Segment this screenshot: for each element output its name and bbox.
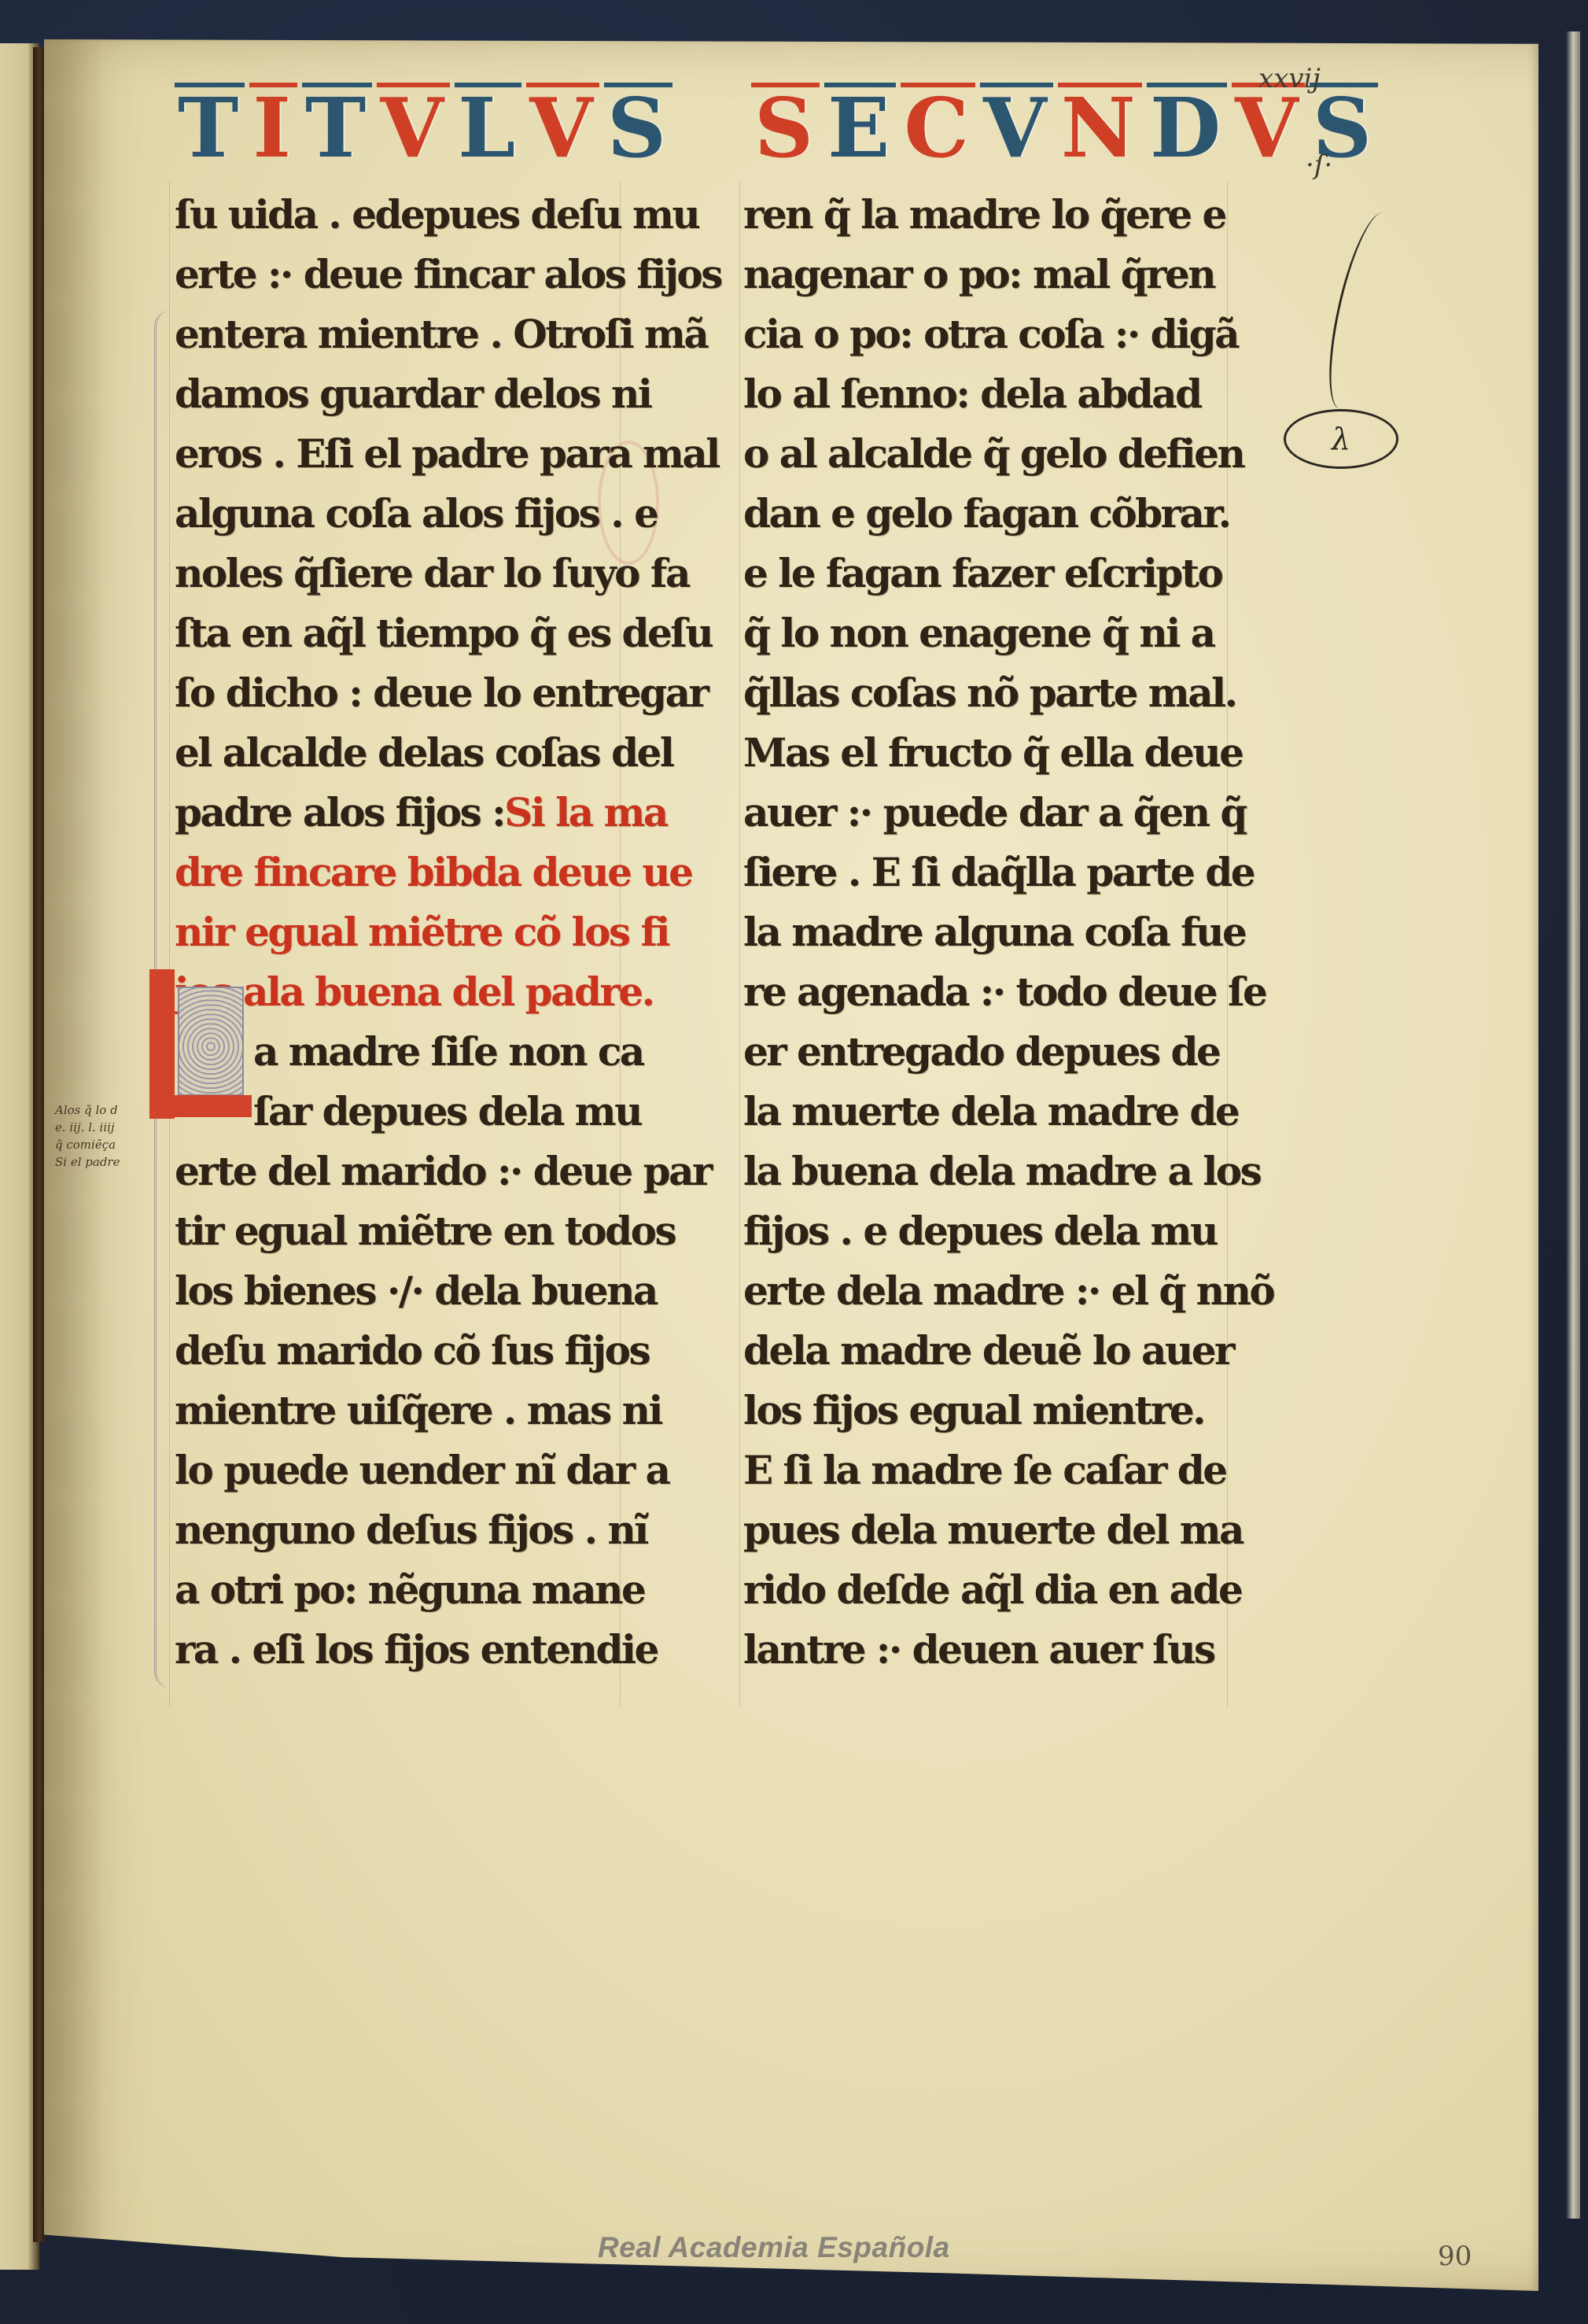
text-line: ra . eſi los fijos entendie: [175, 1620, 654, 1680]
text-line-content: la buena dela madre a los: [743, 1148, 1260, 1194]
text-line: damos guardar delos ni: [175, 364, 654, 424]
text-line-content: auer :· puede dar a q̃en q̃: [743, 789, 1246, 836]
margin-note-numeral: xxvij: [1258, 63, 1384, 94]
running-head-letter: V: [980, 83, 1053, 169]
text-line: entera mientre . Otroſi mã: [175, 304, 654, 364]
running-head-letter: L: [455, 83, 521, 169]
text-line-content: los fijos egual mientre.: [743, 1387, 1204, 1433]
text-line: lo al ſenno: dela abdad: [743, 364, 1247, 424]
text-line-content: nagenar o po: mal q̃ren: [743, 251, 1214, 297]
text-line-content: la muerte dela madre de: [743, 1088, 1238, 1134]
text-line: dela madre deuẽ lo auer: [743, 1321, 1247, 1381]
margin-note-mark: ·ſ·: [1306, 149, 1384, 181]
text-line-content: jos ala buena del padre.: [175, 968, 654, 1015]
text-line-content: ſar depues dela mu: [253, 1088, 641, 1134]
text-line: mientre uiſq̃ere . mas ni: [175, 1381, 654, 1441]
text-line: rido deſde aq̃l dia en ade: [743, 1560, 1247, 1620]
text-line-content: deſu marido cõ ſus fijos: [175, 1327, 649, 1374]
text-line-content: noles q̃ſiere dar lo ſuyo fa: [175, 550, 689, 596]
text-line-content: q̃ lo non enagene q̃ ni a: [743, 610, 1214, 656]
text-line-content: damos guardar delos ni: [175, 371, 650, 417]
text-line: la madre alguna coſa fue: [743, 902, 1247, 962]
text-line: er entregado depues de: [743, 1022, 1247, 1082]
running-head-letter: E: [824, 83, 896, 169]
text-line-content: el alcalde delas coſas del: [175, 729, 672, 776]
text-line: erte del marido :· deue par: [175, 1142, 654, 1201]
text-line: ren q̃ la madre lo q̃ere e: [743, 185, 1247, 245]
text-line-content: eros . Eſi el padre para mal: [175, 430, 719, 477]
text-line-content: ren q̃ la madre lo q̃ere e: [743, 191, 1225, 238]
initial-filigree-box: [178, 987, 244, 1096]
text-line-content: erte dela madre :· el q̃ nnõ: [743, 1267, 1273, 1314]
text-line-content: dan e gelo fagan cõbrar.: [743, 490, 1230, 537]
ruling-right-outer: [739, 181, 740, 1707]
text-line-content: E ſi la madre ſe caſar de: [743, 1447, 1226, 1493]
text-line-content: fijos . e depues dela mu: [743, 1208, 1217, 1254]
text-line-content: rido deſde aq̃l dia en ade: [743, 1566, 1241, 1613]
text-line-content: a madre ſiſe non ca: [253, 1028, 643, 1075]
text-line: e le fagan fazer eſcripto: [743, 544, 1247, 603]
text-line-content: erte del marido :· deue par: [175, 1148, 711, 1194]
initial-foot: [149, 1095, 252, 1117]
text-line-content: ſo dicho : deue lo entregar: [175, 670, 707, 716]
text-line: dan e gelo fagan cõbrar.: [743, 484, 1247, 544]
text-line-content: ra . eſi los fijos entendie: [175, 1626, 658, 1673]
text-line: nagenar o po: mal q̃ren: [743, 245, 1247, 304]
text-line-content: entera mientre . Otroſi mã: [175, 311, 707, 357]
text-line-content: ſta en aq̃l tiempo q̃ es deſu: [175, 610, 712, 656]
page-fore-edge: [1566, 31, 1580, 2219]
text-line-content: pues dela muerte del ma: [743, 1507, 1243, 1553]
margin-note-left: Alos q̃ lo d e. iij. l. iiij q̃ comiẽça …: [55, 1101, 142, 1171]
margin-note-line: Alos q̃ lo d: [55, 1101, 142, 1119]
text-line: el alcalde delas coſas del: [175, 723, 654, 783]
text-line: alguna coſa alos fijos . e: [175, 484, 654, 544]
text-line-content: dela madre deuẽ lo auer: [743, 1327, 1233, 1374]
text-line: E ſi la madre ſe caſar de: [743, 1441, 1247, 1500]
text-line: jos ala buena del padre.: [175, 962, 654, 1022]
text-line-content: ſiere . E ſi daq̃lla parte de: [743, 849, 1254, 895]
text-line: ſu uida . edepues deſu mu: [175, 185, 654, 245]
text-line-content: los bienes ·/· dela buena: [175, 1267, 657, 1314]
running-head-letter: T: [175, 83, 245, 169]
text-line-content: nenguno deſus fijos . nĩ: [175, 1507, 647, 1553]
text-line: dre fincare bibda deue ue: [175, 843, 654, 902]
text-line: ſta en aq̃l tiempo q̃ es deſu: [175, 603, 654, 663]
text-line-content: lo al ſenno: dela abdad: [743, 371, 1201, 417]
running-head-left: TITVLVS: [175, 79, 672, 169]
text-line: eros . Eſi el padre para mal: [175, 424, 654, 484]
text-line: Mas el fructo q̃ ella deue: [743, 723, 1247, 783]
watermark: Real Academia Española: [598, 2231, 950, 2264]
text-line-content: q̃llas coſas nõ parte mal.: [743, 670, 1236, 716]
text-line: a otri po: nẽguna mane: [175, 1560, 654, 1620]
running-head-letter: V: [377, 83, 450, 169]
text-line-content: la madre alguna coſa fue: [743, 909, 1245, 955]
text-line: o al alcalde q̃ gelo defien: [743, 424, 1247, 484]
text-line: los bienes ·/· dela buena: [175, 1261, 654, 1321]
illuminated-initial-L: [149, 969, 244, 1127]
rubric-text: Si la ma: [504, 789, 667, 836]
text-line-content: a otri po: nẽguna mane: [175, 1566, 644, 1613]
text-line: deſu marido cõ ſus fijos: [175, 1321, 654, 1381]
text-line: re agenada :· todo deue ſe: [743, 962, 1247, 1022]
running-head-letter: T: [302, 83, 372, 169]
text-line-content: re agenada :· todo deue ſe: [743, 968, 1266, 1015]
binding-gutter: [33, 47, 46, 2242]
text-line-content: mientre uiſq̃ere . mas ni: [175, 1387, 661, 1433]
circled-margin-mark: λ: [1284, 409, 1398, 469]
text-line-content: lantre :· deuen auer ſus: [743, 1626, 1214, 1673]
text-line: lantre :· deuen auer ſus: [743, 1620, 1247, 1680]
text-line: ſo dicho : deue lo entregar: [175, 663, 654, 723]
running-head-letter: I: [249, 83, 297, 169]
text-line-content: erte :· deue fincar alos fijos: [175, 251, 721, 297]
margin-note-top-right: xxvij ·ſ·: [1258, 63, 1384, 181]
text-line: auer :· puede dar a q̃en q̃: [743, 783, 1247, 843]
text-line: fijos . e depues dela mu: [743, 1201, 1247, 1261]
text-line: q̃ lo non enagene q̃ ni a: [743, 603, 1247, 663]
text-line-content: tir egual miẽtre en todos: [175, 1208, 675, 1254]
text-line: noles q̃ſiere dar lo ſuyo fa: [175, 544, 654, 603]
running-head-letter: N: [1058, 83, 1142, 169]
circled-mark-glyph: λ: [1332, 422, 1350, 456]
text-column-left: ſu uida . edepues deſu muerte :· deue fi…: [175, 185, 654, 1680]
text-line: nir egual miẽtre cõ los fi: [175, 902, 654, 962]
running-head-letter: S: [751, 83, 820, 169]
text-line: a madre ſiſe non ca: [175, 1022, 654, 1082]
margin-note-line: q̃ comiẽça: [55, 1136, 142, 1153]
running-head-letter: C: [901, 83, 975, 169]
text-line-content: o al alcalde q̃ gelo defien: [743, 430, 1244, 477]
text-line: los fijos egual mientre.: [743, 1381, 1247, 1441]
margin-note-line: e. iij. l. iiij: [55, 1119, 142, 1136]
text-line: padre alos fijos :Si la ma: [175, 783, 654, 843]
running-head-letter: V: [526, 83, 599, 169]
margin-note-line: Si el padre: [55, 1153, 142, 1171]
running-head-letter: D: [1147, 83, 1227, 169]
text-line-content: e le fagan fazer eſcripto: [743, 550, 1221, 596]
text-line-content: padre alos fijos :: [175, 789, 504, 836]
text-line-content: alguna coſa alos fijos . e: [175, 490, 657, 537]
text-line: pues dela muerte del ma: [743, 1500, 1247, 1560]
text-line-content: lo puede uender nĩ dar a: [175, 1447, 669, 1493]
text-line-content: Mas el fructo q̃ ella deue: [743, 729, 1242, 776]
text-column-right: ren q̃ la madre lo q̃ere enagenar o po: …: [743, 185, 1247, 1680]
text-line: la buena dela madre a los: [743, 1142, 1247, 1201]
text-line-content: nir egual miẽtre cõ los fi: [175, 909, 669, 955]
text-line: erte dela madre :· el q̃ nnõ: [743, 1261, 1247, 1321]
running-head-letter: S: [604, 83, 672, 169]
folio-number: 90: [1438, 2241, 1472, 2272]
text-line: lo puede uender nĩ dar a: [175, 1441, 654, 1500]
text-line-content: cia o po: otra coſa :· digã: [743, 311, 1238, 357]
text-line: ſiere . E ſi daq̃lla parte de: [743, 843, 1247, 902]
text-line: q̃llas coſas nõ parte mal.: [743, 663, 1247, 723]
text-line-content: er entregado depues de: [743, 1028, 1219, 1075]
text-line: nenguno deſus fijos . nĩ: [175, 1500, 654, 1560]
text-line: la muerte dela madre de: [743, 1082, 1247, 1142]
text-line-content: dre fincare bibda deue ue: [175, 849, 691, 895]
text-line: erte :· deue fincar alos fijos: [175, 245, 654, 304]
text-line: tir egual miẽtre en todos: [175, 1201, 654, 1261]
text-line-content: ſu uida . edepues deſu mu: [175, 191, 698, 238]
text-line: cia o po: otra coſa :· digã: [743, 304, 1247, 364]
